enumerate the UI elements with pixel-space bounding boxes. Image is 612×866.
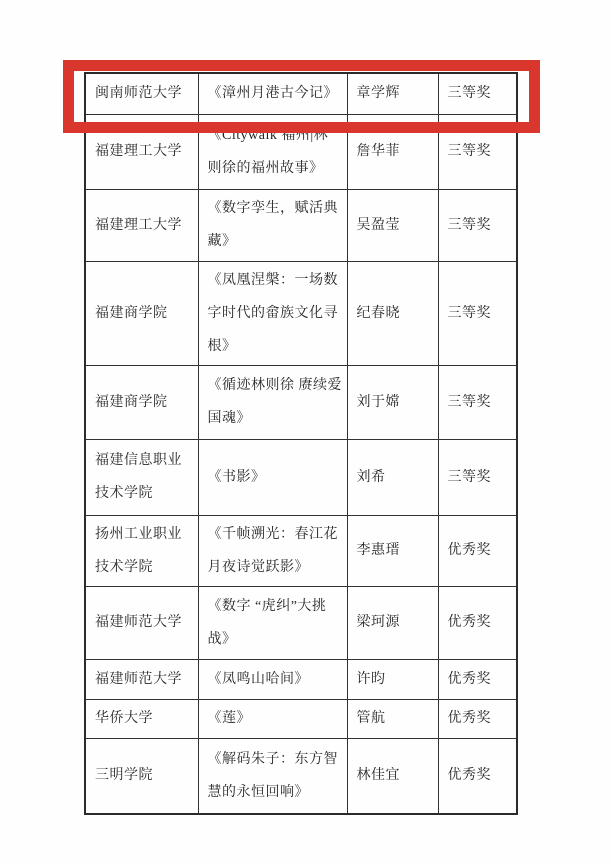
work-cell: 《数字 “虎纠”大挑战》 [198,586,347,659]
table-row: 福建理工大学《Citywalk 福州|林则徐的福州故事》詹华菲三等奖 [85,114,517,189]
table-row: 闽南师范大学《漳州月港古今记》章学辉三等奖 [85,73,517,114]
award-cell: 三等奖 [438,114,517,189]
author-cell: 吴盈莹 [347,189,438,261]
awards-table-body: 闽南师范大学《漳州月港古今记》章学辉三等奖福建理工大学《Citywalk 福州|… [85,73,517,814]
work-cell: 《凤鸣山哈间》 [198,659,347,699]
work-cell: 《漳州月港古今记》 [198,73,347,114]
school-cell: 福建商学院 [85,261,198,365]
award-cell: 优秀奖 [438,699,517,738]
award-cell: 优秀奖 [438,659,517,699]
document-page: 闽南师范大学《漳州月港古今记》章学辉三等奖福建理工大学《Citywalk 福州|… [0,0,612,866]
author-cell: 詹华菲 [347,114,438,189]
author-cell: 梁珂源 [347,586,438,659]
table-row: 福建商学院《凤凰涅槃：一场数字时代的畲族文化寻根》纪春晓三等奖 [85,261,517,365]
awards-table: 闽南师范大学《漳州月港古今记》章学辉三等奖福建理工大学《Citywalk 福州|… [84,72,518,815]
table-row: 华侨大学《莲》管航优秀奖 [85,699,517,738]
school-cell: 福建师范大学 [85,586,198,659]
table-row: 福建商学院《循迹林则徐 赓续爱国魂》刘于嫦三等奖 [85,365,517,439]
school-cell: 福建理工大学 [85,114,198,189]
work-cell: 《莲》 [198,699,347,738]
award-cell: 优秀奖 [438,515,517,586]
author-cell: 许昀 [347,659,438,699]
work-cell: 《解码朱子：东方智慧的永恒回响》 [198,738,347,814]
school-cell: 福建师范大学 [85,659,198,699]
school-cell: 三明学院 [85,738,198,814]
table-row: 福建师范大学《数字 “虎纠”大挑战》梁珂源优秀奖 [85,586,517,659]
work-cell: 《Citywalk 福州|林则徐的福州故事》 [198,114,347,189]
table-row: 扬州工业职业技术学院《千帧溯光：春江花月夜诗觉跃影》李惠瑨优秀奖 [85,515,517,586]
school-cell: 闽南师范大学 [85,73,198,114]
author-cell: 纪春晓 [347,261,438,365]
table-row: 福建信息职业技术学院《书影》刘希三等奖 [85,439,517,515]
award-cell: 三等奖 [438,439,517,515]
work-cell: 《凤凰涅槃：一场数字时代的畲族文化寻根》 [198,261,347,365]
author-cell: 林佳宜 [347,738,438,814]
school-cell: 福建信息职业技术学院 [85,439,198,515]
author-cell: 章学辉 [347,73,438,114]
award-cell: 三等奖 [438,189,517,261]
author-cell: 刘希 [347,439,438,515]
table-row: 三明学院《解码朱子：东方智慧的永恒回响》林佳宜优秀奖 [85,738,517,814]
award-cell: 三等奖 [438,73,517,114]
school-cell: 福建商学院 [85,365,198,439]
work-cell: 《数字孪生，赋活典藏》 [198,189,347,261]
author-cell: 刘于嫦 [347,365,438,439]
award-cell: 优秀奖 [438,738,517,814]
work-cell: 《循迹林则徐 赓续爱国魂》 [198,365,347,439]
school-cell: 华侨大学 [85,699,198,738]
school-cell: 扬州工业职业技术学院 [85,515,198,586]
award-cell: 三等奖 [438,365,517,439]
table-row: 福建理工大学《数字孪生，赋活典藏》吴盈莹三等奖 [85,189,517,261]
work-cell: 《书影》 [198,439,347,515]
work-cell: 《千帧溯光：春江花月夜诗觉跃影》 [198,515,347,586]
table-row: 福建师范大学《凤鸣山哈间》许昀优秀奖 [85,659,517,699]
author-cell: 李惠瑨 [347,515,438,586]
school-cell: 福建理工大学 [85,189,198,261]
author-cell: 管航 [347,699,438,738]
award-cell: 优秀奖 [438,586,517,659]
award-cell: 三等奖 [438,261,517,365]
